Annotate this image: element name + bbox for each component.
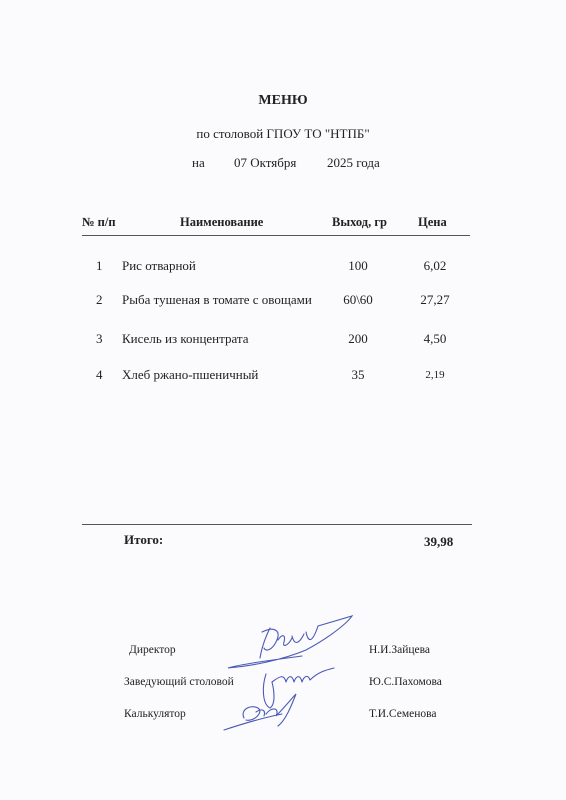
row-price: 4,50 bbox=[410, 331, 460, 347]
row-name: Рис отварной bbox=[122, 258, 196, 274]
row-number: 4 bbox=[96, 367, 103, 383]
signature-name-director: Н.И.Зайцева bbox=[369, 644, 430, 656]
table-row: 1 Рис отварной 100 6,02 bbox=[0, 258, 566, 276]
table-row: 4 Хлеб ржано-пшеничный 35 2,19 bbox=[0, 367, 566, 385]
row-yield: 100 bbox=[330, 258, 386, 274]
signature-role-canteen-head: Заведующий столовой bbox=[124, 676, 234, 688]
signature-name-canteen-head: Ю.С.Пахомова bbox=[369, 676, 442, 688]
row-number: 1 bbox=[96, 258, 103, 274]
signature-role-calculator: Калькулятор bbox=[124, 708, 186, 720]
row-name: Рыба тушеная в томате с овощами bbox=[122, 292, 312, 308]
row-yield: 60\60 bbox=[330, 292, 386, 308]
row-yield: 200 bbox=[330, 331, 386, 347]
handwritten-signatures bbox=[222, 612, 372, 732]
total-divider bbox=[82, 524, 472, 525]
row-price: 27,27 bbox=[410, 292, 460, 308]
column-header-name: Наименование bbox=[180, 215, 263, 230]
row-number: 2 bbox=[96, 292, 103, 308]
column-header-price: Цена bbox=[418, 215, 447, 230]
signature-role-director: Директор bbox=[129, 644, 176, 656]
row-name: Кисель из концентрата bbox=[122, 331, 249, 347]
menu-document: МЕНЮ по столовой ГПОУ ТО "НТПБ" на 07 Ок… bbox=[0, 0, 566, 800]
table-row: 2 Рыба тушеная в томате с овощами 60\60 … bbox=[0, 292, 566, 310]
date-prefix: на bbox=[192, 155, 205, 171]
table-row: 3 Кисель из концентрата 200 4,50 bbox=[0, 331, 566, 349]
column-header-yield: Выход, гр bbox=[332, 215, 387, 230]
date-day-month: 07 Октября bbox=[234, 155, 296, 171]
total-value: 39,98 bbox=[424, 534, 453, 550]
document-title: МЕНЮ bbox=[0, 93, 566, 109]
date-year: 2025 года bbox=[327, 155, 380, 171]
row-price: 2,19 bbox=[410, 369, 460, 381]
total-label: Итого: bbox=[124, 532, 163, 548]
row-name: Хлеб ржано-пшеничный bbox=[122, 367, 258, 383]
column-header-number: № п/п bbox=[82, 215, 116, 230]
row-number: 3 bbox=[96, 331, 103, 347]
document-subtitle: по столовой ГПОУ ТО "НТПБ" bbox=[0, 126, 566, 142]
header-divider bbox=[82, 235, 470, 236]
row-price: 6,02 bbox=[410, 258, 460, 274]
signature-name-calculator: Т.И.Семенова bbox=[369, 708, 437, 720]
row-yield: 35 bbox=[330, 367, 386, 383]
